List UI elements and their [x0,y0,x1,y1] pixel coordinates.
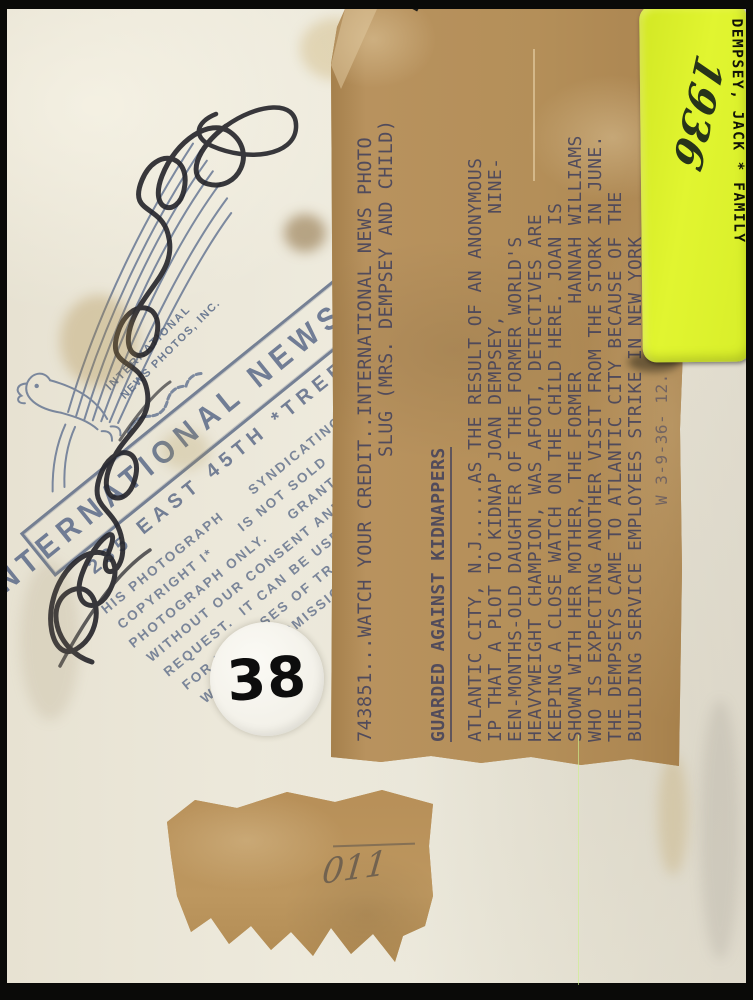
scan-border-left [0,0,7,1000]
photo-verso-scan: INTERNATIONAL NEWS PHOTOS, INC. INTERNAT… [0,0,753,1000]
slip-body-line: EEN-MONTHS-OLD DAUGHTER OF THE FORMER WO… [506,105,526,742]
slip-body-line: KEEPING A CLOSE WATCH ON THE CHILD HERE.… [546,105,566,742]
slip-slug-line: SLUG (MRS. DEMPSEY AND CHILD) [376,105,397,457]
slip-headline: GUARDED AGAINST KIDNAPPERS [428,105,451,742]
slip-credit-line: 743851...WATCH YOUR CREDIT..INTERNATIONA… [355,105,376,742]
slip-body-line: THE DEMPSEYS CAME TO ATLANTIC CITY BECAU… [606,105,626,742]
slip-body-line: ATLANTIC CITY, N.J.....AS THE RESULT OF … [466,105,486,742]
archive-sticker: DEMPSEY, JACK * FAMILY 1936 [639,4,751,362]
caption-slip-text: 743851...WATCH YOUR CREDIT..INTERNATIONA… [355,105,672,742]
slip-body-line: WHO IS EXPECTING ANOTHER VISIT FROM THE … [586,105,606,742]
scan-artifact-line [578,735,579,985]
number-sticker: 38 [210,622,324,736]
slip-body-line: SHOWN WITH HER MOTHER, THE FORMER HANNAH… [566,105,586,742]
scan-border-right [746,0,753,1000]
slip-body-line: IP THAT A PLOT TO KIDNAP JOAN DEMPSEY, N… [486,105,506,742]
archive-sticker-label: DEMPSEY, JACK * FAMILY [728,18,746,243]
scan-border-top [0,0,753,9]
slip-body-line: HEAVYWEIGHT CHAMPION, WAS AFOOT, DETECTI… [526,105,546,742]
number-sticker-value: 38 [225,644,309,714]
signature-jack-dempsey [0,10,340,690]
archive-sticker-year: 1936 [664,48,732,177]
scan-border-bottom [0,983,753,1000]
